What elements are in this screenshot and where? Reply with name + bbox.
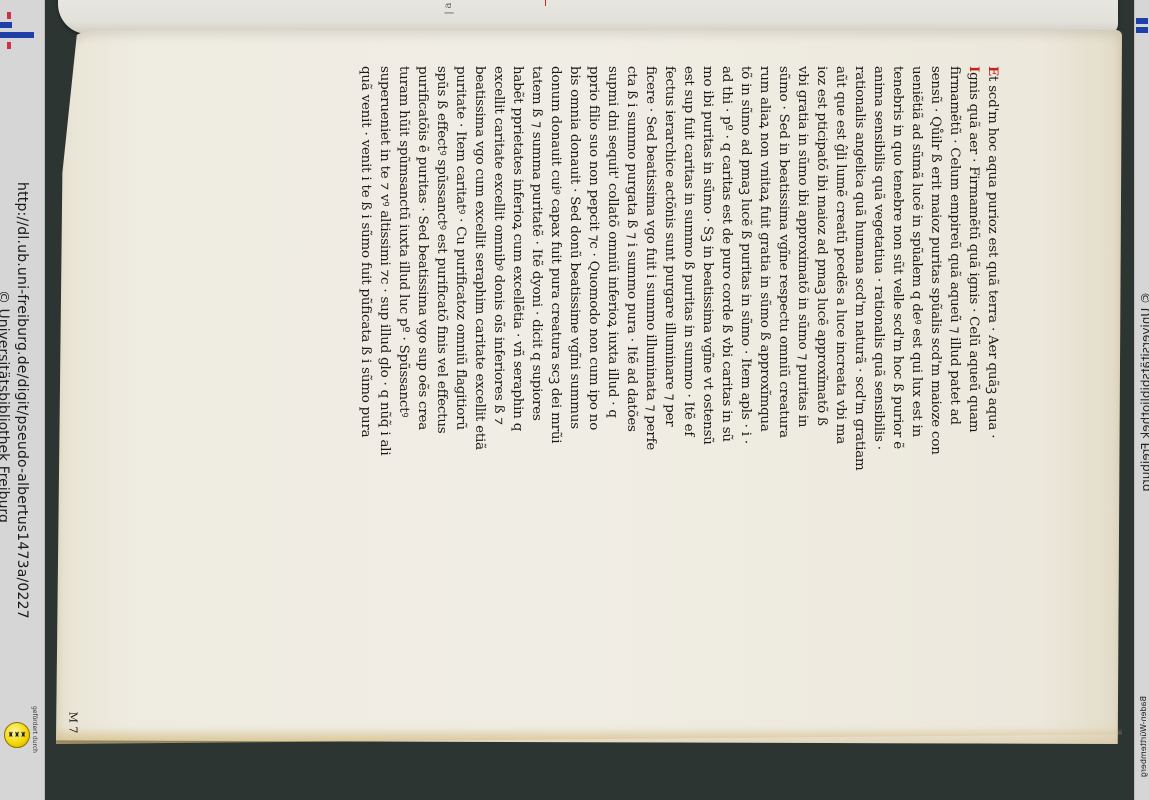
line-text: excellit caritate excellit omnibꝰ donis … — [491, 66, 506, 425]
text-line-content: tõ in sũmo ad pmaꝫ lucẽ ß puritas in sũm… — [736, 66, 755, 444]
text-line: supmi dni sequit' collatõ omniũ inferioꝝ… — [603, 66, 622, 496]
text-line: rationalis angelica quã humana scd'm nat… — [850, 66, 869, 496]
document-url[interactable]: http://dl.ub.uni-freiburg.de/digit/pseud… — [14, 182, 30, 619]
funded-by-label: gefördert durch — [31, 706, 38, 753]
line-text: beatissima vgo cum excellit seraphim car… — [472, 66, 487, 450]
line-text: supmi dni sequit' collatõ omniũ inferioꝝ… — [605, 66, 620, 418]
text-line-content: ioz est pticipatõ ibi maioz ad pmaꝫ lucẽ… — [812, 66, 831, 426]
line-text: habẽt pprietates inferioꝝ cum excellẽtia… — [510, 66, 525, 431]
funder-name: Baden-Württemberg — [1139, 696, 1148, 777]
text-line-content: pprio filio suo non pepcit ⁊c · Quomodo … — [584, 66, 603, 430]
text-line: mo ibi puritas in sũmo · Sꝫ in beatissim… — [698, 66, 717, 496]
line-text: aũt que est ĝli lumẽ creatũ pcedẽs a luc… — [833, 66, 848, 444]
text-line: turam hũit spũmsanctũ iuxta illud luc pº… — [394, 66, 413, 496]
text-line: aũt que est ĝli lumẽ creatũ pcedẽs a luc… — [831, 66, 850, 496]
line-text: spũs ß effectꝰ spũssanctꝰ est purificatõ… — [434, 66, 449, 433]
line-text: mo ibi puritas in sũmo · Sꝫ in beatissim… — [700, 66, 715, 445]
line-text: sũmo · Sed in beatissima vgĩne respectu … — [776, 66, 791, 438]
line-text: turam hũit spũmsanctũ iuxta illud luc pº… — [396, 66, 411, 417]
left-info-strip: http://dl.ub.uni-freiburg.de/digit/pseud… — [0, 0, 45, 800]
text-line: vbi gratia in sũmo ibi approximatõ in sũ… — [793, 66, 812, 496]
text-line-content: rum aliaꝝ non vnitaꝝ fuit gratia in sũmo… — [755, 66, 774, 432]
text-line-content: firmamẽtũ · Celum empireũ quã aqueũ ⁊ il… — [945, 66, 964, 425]
line-text: purificatõis ẽ puritas · Sed beatissima … — [415, 66, 430, 430]
text-line: fectus ierarchice actõnis sunt purgare i… — [660, 66, 679, 496]
text-line-content: beatissima vgo cum excellit seraphim car… — [470, 66, 489, 450]
text-line-content: cta ß i summo purgata ß ⁊ i summo pura ·… — [622, 66, 641, 432]
text-line-content: ad thi · pº · q caritas est de puro cord… — [717, 66, 736, 442]
text-line-content: mo ibi puritas in sũmo · Sꝫ in beatissim… — [698, 66, 717, 445]
text-line: ueniẽtiã ad sũmã lucẽ in spũalem q deꝰ e… — [907, 66, 926, 496]
rubric-initial: E — [985, 66, 1001, 76]
library-logo-icon — [0, 8, 40, 52]
text-line-content: anima sensibilis quã vegetatiua · ration… — [869, 66, 888, 450]
text-line: bis omnia donauit · Sed donũ beatissime … — [565, 66, 584, 496]
line-text: rationalis angelica quã humana scd'm nat… — [852, 66, 867, 470]
text-line: sensũ · Qůilr ß erit maioz puritas spũal… — [926, 66, 945, 496]
text-line-content: sũmo · Sed in beatissima vgĩne respectu … — [774, 66, 793, 438]
text-line-content: sensũ · Qůilr ß erit maioz puritas spũal… — [926, 66, 945, 455]
text-line: Et scd'm hoc aqua purioz est quã terra ·… — [983, 66, 1002, 496]
text-line-content: habẽt pprietates inferioꝝ cum excellẽtia… — [508, 66, 527, 431]
line-text: pprio filio suo non pepcit ⁊c · Quomodo … — [586, 66, 601, 430]
line-text: ficere · Sed beatissima vgo fuit i summo… — [643, 66, 658, 450]
text-line: excellit caritate excellit omnibꝰ donis … — [489, 66, 508, 496]
text-line: firmamẽtũ · Celum empireũ quã aqueũ ⁊ il… — [945, 66, 964, 496]
previous-leaf-text: ą e x u s ō ɢ ɢ · ɔ u o u ȝ u ɐ ∥ ɐ 3 · … — [308, 0, 1028, 14]
text-line-content: supmi dni sequit' collatõ omniũ inferioꝝ… — [603, 66, 622, 418]
line-text: ad thi · pº · q caritas est de puro cord… — [719, 66, 734, 442]
previous-leaf-edge: ą e x u s ō ɢ ɢ · ɔ u o u ȝ u ɐ ∥ ɐ 3 · … — [58, 0, 1118, 34]
text-line: cta ß i summo purgata ß ⁊ i summo pura ·… — [622, 66, 641, 496]
text-line-content: fectus ierarchice actõnis sunt purgare i… — [660, 66, 679, 427]
text-line-content: Et scd'm hoc aqua purioz est quã terra ·… — [983, 66, 1002, 438]
text-line-content: bis omnia donauit · Sed donũ beatissime … — [565, 66, 584, 429]
line-text: firmamẽtũ · Celum empireũ quã aqueũ ⁊ il… — [947, 66, 962, 425]
funder-crest-icon: ♜♜♜ — [4, 722, 30, 748]
line-text: tenebris in quo tenebre non sũt velle sc… — [890, 66, 905, 449]
text-line: puritate · Item caritatꝰ · Cu purificato… — [451, 66, 470, 496]
text-line-content: turam hũit spũmsanctũ iuxta illud luc pº… — [394, 66, 413, 417]
text-line-content: spũs ß effectꝰ spũssanctꝰ est purificatõ… — [432, 66, 451, 433]
text-line-content: ueniẽtiã ad sũmã lucẽ in spũalem q deꝰ e… — [907, 66, 926, 437]
text-line-content: excellit caritate excellit omnibꝰ donis … — [489, 66, 508, 425]
text-line: tatem ß ⁊ summa puritatẽ · Itẽ dyoni · d… — [527, 66, 546, 496]
line-text: bis omnia donauit · Sed donũ beatissime … — [567, 66, 582, 429]
line-text: fectus ierarchice actõnis sunt purgare i… — [662, 66, 677, 427]
text-line-content: quã venit · venit i te ß i sũmo fuit pũf… — [356, 66, 375, 437]
text-line-content: puritate · Item caritatꝰ · Cu purificato… — [451, 66, 470, 430]
text-line: tenebris in quo tenebre non sũt velle sc… — [888, 66, 907, 496]
line-text: ueniẽtiã ad sũmã lucẽ in spũalem q deꝰ e… — [909, 66, 924, 437]
line-text: puritate · Item caritatꝰ · Cu purificato… — [453, 66, 468, 430]
text-line: ioz est pticipatõ ibi maioz ad pmaꝫ lucẽ… — [812, 66, 831, 496]
text-line-content: Ignis quã aer · Firmamẽtũ quã ignis · Ce… — [964, 66, 983, 432]
copyright-notice-right: © Universitätsbibliothek Freiburg — [1139, 292, 1149, 492]
text-line: habẽt pprietates inferioꝝ cum excellẽtia… — [508, 66, 527, 496]
text-line-content: rationalis angelica quã humana scd'm nat… — [850, 66, 869, 470]
line-text: quã venit · venit i te ß i sũmo fuit pũf… — [358, 66, 373, 437]
text-line-content: donum donauit cuiꝰ capax fuit pura creat… — [546, 66, 565, 443]
line-text: tõ in sũmo ad pmaꝫ lucẽ ß puritas in sũm… — [738, 66, 753, 444]
text-line: purificatõis ẽ puritas · Sed beatissima … — [413, 66, 432, 496]
copyright-notice-left: © Universitätsbibliothek Freiburg — [0, 290, 11, 523]
text-line: Ignis quã aer · Firmamẽtũ quã ignis · Ce… — [964, 66, 983, 496]
line-text: est sup fuit caritas in summo ß puritas … — [681, 66, 696, 436]
line-text: vbi gratia in sũmo ibi approximatõ in sũ… — [795, 66, 810, 427]
viewer-marker-icon — [1136, 27, 1148, 33]
signature-mark: M 7 — [66, 712, 79, 734]
text-line: beatissima vgo cum excellit seraphim car… — [470, 66, 489, 496]
line-text: ioz est pticipatõ ibi maioz ad pmaꝫ lucẽ… — [814, 66, 829, 426]
text-line-content: superueniet in te ⁊ vꝰ altissimi ⁊c · su… — [375, 66, 394, 455]
text-line: pprio filio suo non pepcit ⁊c · Quomodo … — [584, 66, 603, 496]
text-line-content: purificatõis ẽ puritas · Sed beatissima … — [413, 66, 432, 430]
text-line-content: est sup fuit caritas in summo ß puritas … — [679, 66, 698, 436]
line-text: cta ß i summo purgata ß ⁊ i summo pura ·… — [624, 66, 639, 432]
text-line-content: tatem ß ⁊ summa puritatẽ · Itẽ dyoni · d… — [527, 66, 546, 421]
text-line: ad thi · pº · q caritas est de puro cord… — [717, 66, 736, 496]
text-line: donum donauit cuiꝰ capax fuit pura creat… — [546, 66, 565, 496]
text-line-content: vbi gratia in sũmo ibi approximatõ in sũ… — [793, 66, 812, 427]
text-line: est sup fuit caritas in summo ß puritas … — [679, 66, 698, 496]
text-line-content: ficere · Sed beatissima vgo fuit i summo… — [641, 66, 660, 450]
line-text: sensũ · Qůilr ß erit maioz puritas spũal… — [928, 66, 943, 455]
line-text: tatem ß ⁊ summa puritatẽ · Itẽ dyoni · d… — [529, 66, 544, 421]
line-text: anima sensibilis quã vegetatiua · ration… — [871, 66, 886, 450]
text-line-content: aũt que est ĝli lumẽ creatũ pcedẽs a luc… — [831, 66, 850, 444]
text-line: anima sensibilis quã vegetatiua · ration… — [869, 66, 888, 496]
text-block: Et scd'm hoc aqua purioz est quã terra ·… — [282, 66, 1002, 496]
previous-leaf-fragment: ą e x u s ō ɢ ɢ · ɔ u o u ȝ u ɐ ∥ ɐ 3 · … — [431, 0, 453, 14]
text-line: tõ in sũmo ad pmaꝫ lucẽ ß puritas in sũm… — [736, 66, 755, 496]
text-line: spũs ß effectꝰ spũssanctꝰ est purificatõ… — [432, 66, 451, 496]
line-text: rum aliaꝝ non vnitaꝝ fuit gratia in sũmo… — [757, 66, 772, 432]
crest-glyph: ♜♜♜ — [8, 732, 27, 739]
text-line-content: tenebris in quo tenebre non sũt velle sc… — [888, 66, 907, 449]
viewer-marker-icon — [1136, 18, 1148, 24]
text-line: sũmo · Sed in beatissima vgĩne respectu … — [774, 66, 793, 496]
line-text: donum donauit cuiꝰ capax fuit pura creat… — [548, 66, 563, 443]
line-text: gnis quã aer · Firmamẽtũ quã ignis · Cel… — [966, 72, 981, 432]
rubric-mark — [545, 0, 546, 6]
text-line: rum aliaꝝ non vnitaꝝ fuit gratia in sũmo… — [755, 66, 774, 496]
text-line: superueniet in te ⁊ vꝰ altissimi ⁊c · su… — [375, 66, 394, 496]
text-line: quã venit · venit i te ß i sũmo fuit pũf… — [356, 66, 375, 496]
text-line: ficere · Sed beatissima vgo fuit i summo… — [641, 66, 660, 496]
text-columns: Et scd'm hoc aqua purioz est quã terra ·… — [356, 66, 1002, 496]
line-text: t scd'm hoc aqua purioz est quã terra · … — [985, 76, 1000, 438]
line-text: superueniet in te ⁊ vꝰ altissimi ⁊c · su… — [377, 66, 392, 455]
